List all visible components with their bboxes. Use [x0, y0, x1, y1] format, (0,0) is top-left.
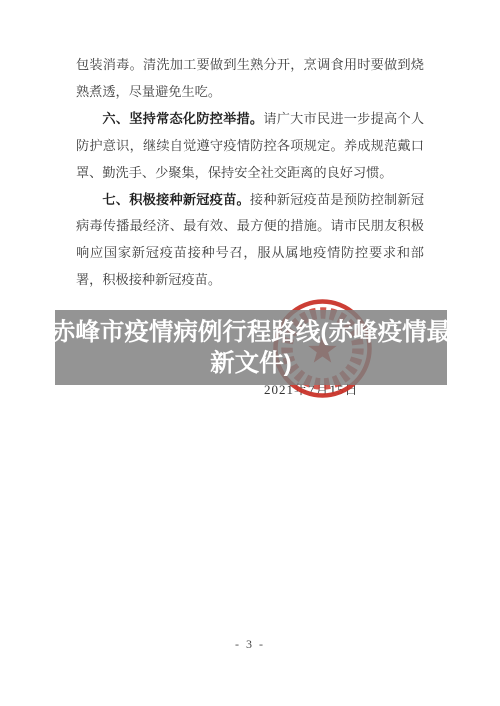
section-heading-6: 六、坚持常态化防控举措。 [102, 111, 263, 126]
document-body: 包装消毒。清洗加工要做到生熟分开，烹调食用时要做到烧熟煮透，尽量避免生吃。 六、… [76, 52, 424, 294]
title-banner-overlay: 赤峰市疫情病例行程路线(赤峰疫情最 新文件) [55, 310, 447, 385]
page-number: - 3 - [0, 637, 500, 652]
paragraph: 七、积极接种新冠疫苗。接种新冠疫苗是预防控制新冠病毒传播最经济、最有效、最方便的… [76, 187, 424, 295]
paragraph: 包装消毒。清洗加工要做到生熟分开，烹调食用时要做到烧熟煮透，尽量避免生吃。 [76, 52, 424, 106]
section-heading-7: 七、积极接种新冠疫苗。 [102, 192, 250, 207]
paragraph: 六、坚持常态化防控举措。请广大市民进一步提高个人防护意识，继续自觉遵守疫情防控各… [76, 106, 424, 187]
banner-title-line-1: 赤峰市疫情病例行程路线(赤峰疫情最 [51, 317, 451, 348]
document-page: 包装消毒。清洗加工要做到生熟分开，烹调食用时要做到烧熟煮透，尽量避免生吃。 六、… [0, 0, 500, 706]
paragraph-text: 包装消毒。清洗加工要做到生熟分开，烹调食用时要做到烧熟煮透，尽量避免生吃。 [76, 57, 424, 99]
banner-title-line-2: 新文件) [210, 348, 292, 379]
